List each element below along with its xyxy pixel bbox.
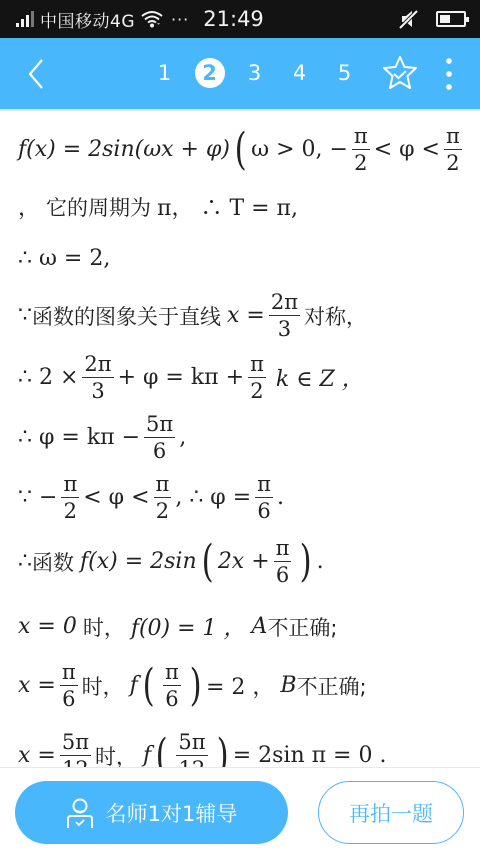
teacher-icon <box>66 797 94 829</box>
wifi-icon <box>141 10 163 28</box>
clock: 21:49 <box>203 7 264 31</box>
retake-button[interactable]: 再拍一题 <box>318 781 464 844</box>
solution-line-7: ∵ − π2 < φ < π2 , ∴ φ = π6 . <box>18 473 284 522</box>
app-bar: 1 2 3 4 5 <box>0 38 480 109</box>
battery-icon <box>436 11 466 27</box>
chevron-left-icon[interactable] <box>22 54 52 94</box>
solution-content: f(x) = 2sin(ωx + φ) ( ω > 0, − π2 < φ < … <box>0 111 480 767</box>
solution-line-5: ∴ 2 × 2π3 + φ = kπ + π2 k ∈ Z ， <box>18 353 364 402</box>
solution-line-9: x = 0 时， f(0) = 1 ， A 不正确; <box>18 611 338 642</box>
solution-line-8: ∴ 函数 f(x) = 2sin ( 2x + π6 ) . <box>18 537 324 586</box>
page-tab-1[interactable]: 1 <box>142 61 187 85</box>
page-tab-3[interactable]: 3 <box>232 61 277 85</box>
carrier-label: 中国移动4G <box>40 7 135 32</box>
solution-line-1: f(x) = 2sin(ωx + φ) ( ω > 0, − π2 < φ < … <box>18 125 466 174</box>
signal-icon <box>16 11 34 27</box>
page-tab-5[interactable]: 5 <box>322 61 367 85</box>
star-check-icon[interactable] <box>381 55 419 91</box>
solution-line-10: x = π6 时， f ( π6 ) = 2 ， B 不正确; <box>18 661 367 710</box>
tutor-button-label: 名师1对1辅导 <box>106 798 238 828</box>
solution-line-2: ， 它的周期为 π， ∴ T = π, <box>18 191 298 222</box>
solution-line-11: x = 5π12 时， f ( 5π12 ) = 2sin π = 0 . <box>18 731 386 767</box>
status-bar: 中国移动4G ··· 21:49 <box>0 0 480 38</box>
page-tabs: 1 2 3 4 5 <box>142 56 367 90</box>
page-tab-4[interactable]: 4 <box>277 61 322 85</box>
retake-button-label: 再拍一题 <box>349 798 433 828</box>
solution-line-6: ∴ φ = kπ − 5π6 , <box>18 413 186 462</box>
mute-icon <box>398 9 420 29</box>
tutor-button[interactable]: 名师1对1辅导 <box>15 781 288 844</box>
solution-line-4: ∵ 函数的图象关于直线 x = 2π3 对称， <box>18 291 367 340</box>
bottom-action-bar: 名师1对1辅导 再拍一题 <box>0 767 480 854</box>
more-vertical-icon[interactable] <box>443 56 455 92</box>
solution-line-3: ∴ ω = 2, <box>18 246 110 271</box>
notification-overflow: ··· <box>171 10 189 29</box>
page-tab-2[interactable]: 2 <box>187 58 232 88</box>
